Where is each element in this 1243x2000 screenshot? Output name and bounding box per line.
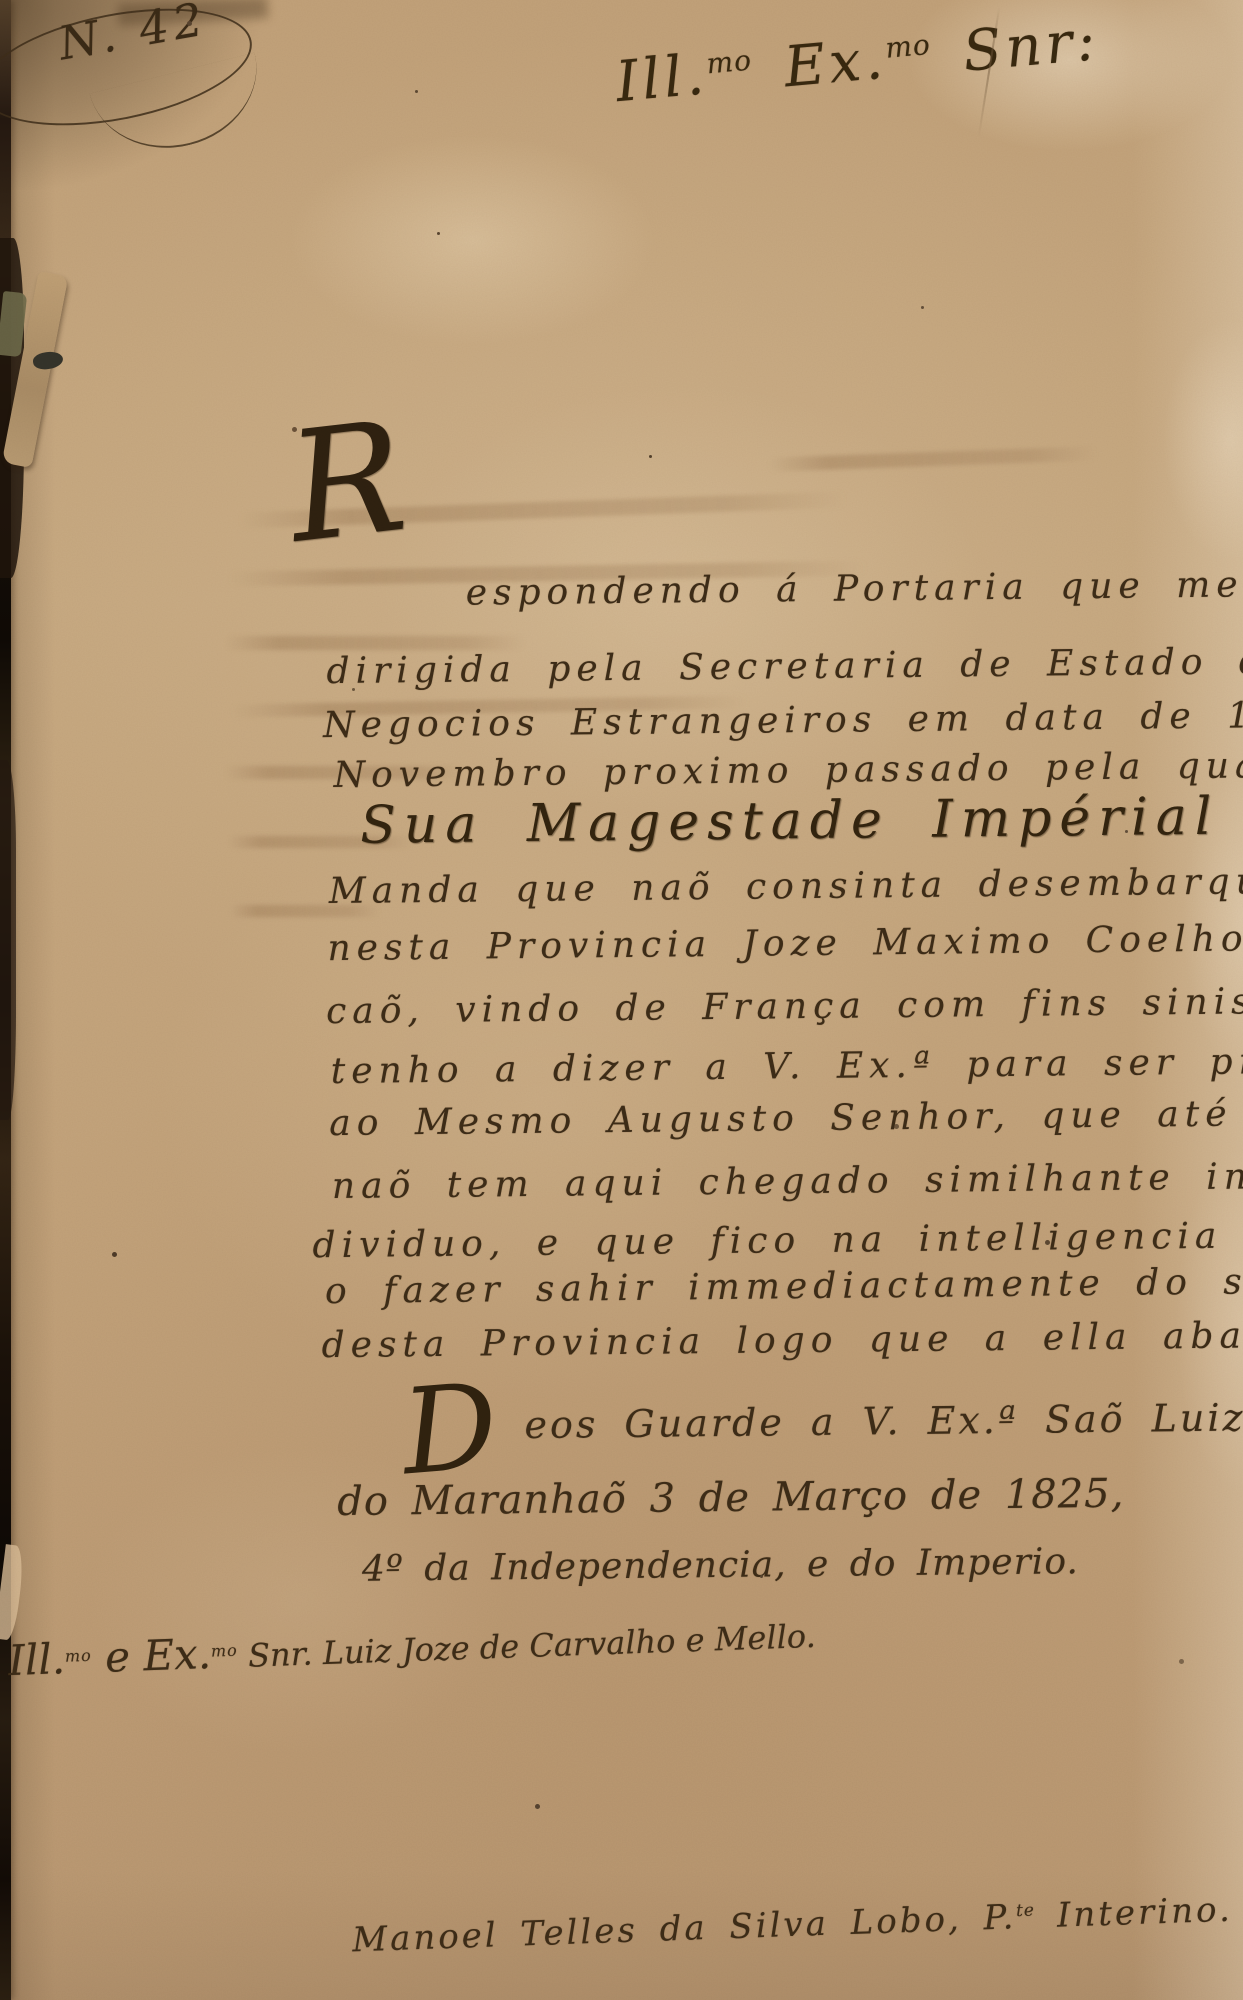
body-line: dirigida pela Secretaria de Estado dos — [326, 641, 1243, 692]
addressee-superscript: mo — [211, 1641, 238, 1661]
signature-title: Interino. — [1034, 1890, 1233, 1937]
manuscript-page: N. 42 Ill.mo Ex.mo Snr: R espondendo á P… — [0, 0, 1243, 2000]
addressee-text: e Ex. — [91, 1629, 212, 1682]
addressee-superscript: mo — [65, 1646, 92, 1666]
closing-dropcap: D — [398, 1366, 502, 1491]
body-line: ao Mesmo Augusto Senhor, que até hoje — [329, 1092, 1243, 1144]
body-line: Negocios Estrangeiros em data de 11 de — [323, 694, 1243, 746]
body-line: nesta Provincia Joze Maximo Coelho Fal= — [327, 917, 1243, 969]
body-line: dividuo, e que fico na intelligencia de — [312, 1215, 1243, 1266]
paper-specks — [0, 0, 3, 3]
signature-superscript: te — [1016, 1901, 1036, 1922]
body-line: espondendo á Portaria que me foi — [466, 563, 1243, 613]
body-line: tenho a dizer a V. Ex.ª para ser present… — [331, 1040, 1243, 1092]
letter-body: R espondendo á Portaria que me foi dirig… — [0, 0, 1243, 2000]
body-line: o fazer sahir immediactamente do solo — [325, 1261, 1243, 1312]
body-line: naõ tem aqui chegado similhante in= — [332, 1156, 1243, 1207]
body-line: caõ, vindo de França com fins sinistros: — [326, 980, 1243, 1032]
body-line-emphasized: Sua Magestade Impérial — [360, 787, 1220, 856]
closing-date-line: do Maranhaõ 3 de Março de 1825, — [337, 1471, 1125, 1525]
addressee-text: Ill. — [7, 1634, 65, 1685]
closing-era-line: 4º da Independencia, e do Imperio. — [362, 1541, 1079, 1590]
dropcap-initial: R — [281, 401, 412, 565]
closing-line: eos Guarde a V. Ex.ª Saõ Luiz — [524, 1395, 1243, 1447]
body-line: Manda que naõ consinta desembarque — [329, 861, 1243, 912]
